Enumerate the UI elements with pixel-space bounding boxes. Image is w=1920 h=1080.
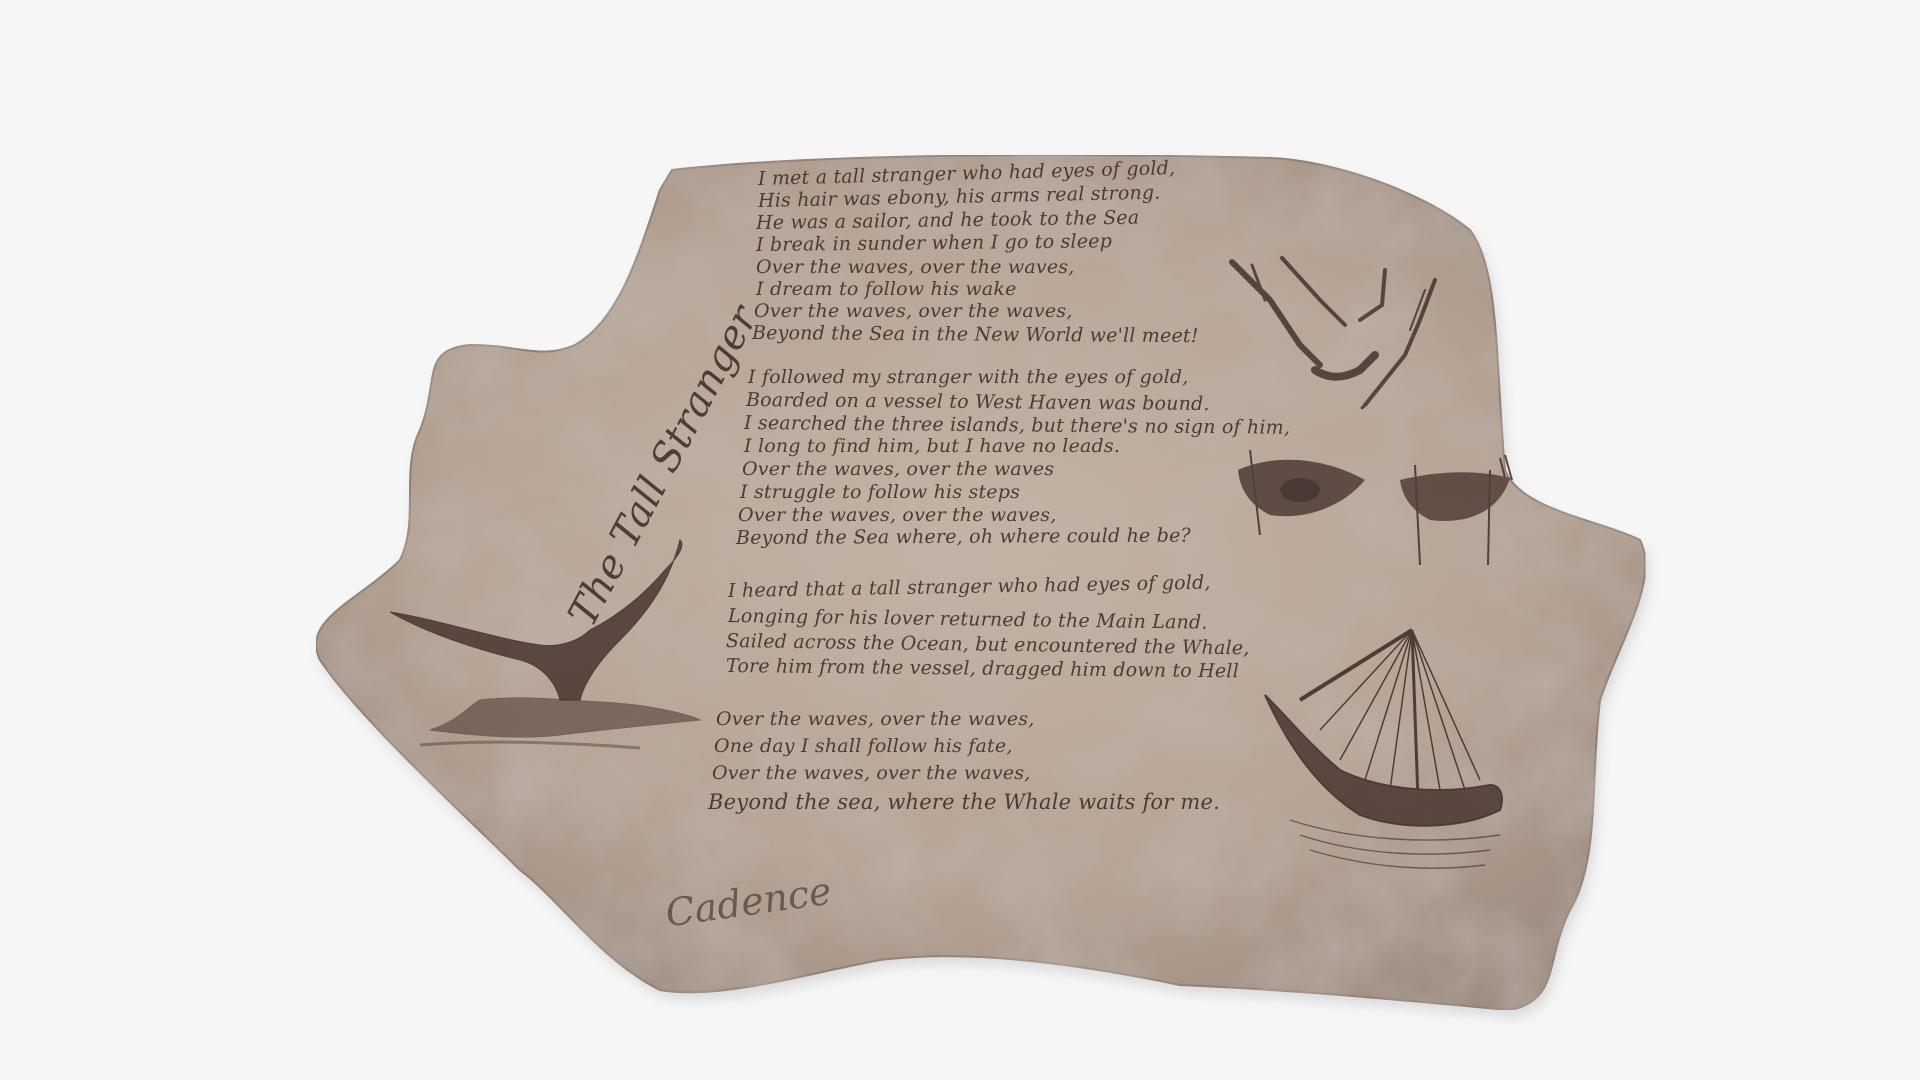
parchment-rug (0, 0, 1920, 1080)
product-render: The Tall Stranger I met a tall stranger … (0, 0, 1920, 1080)
rug-outline (316, 155, 1645, 1010)
